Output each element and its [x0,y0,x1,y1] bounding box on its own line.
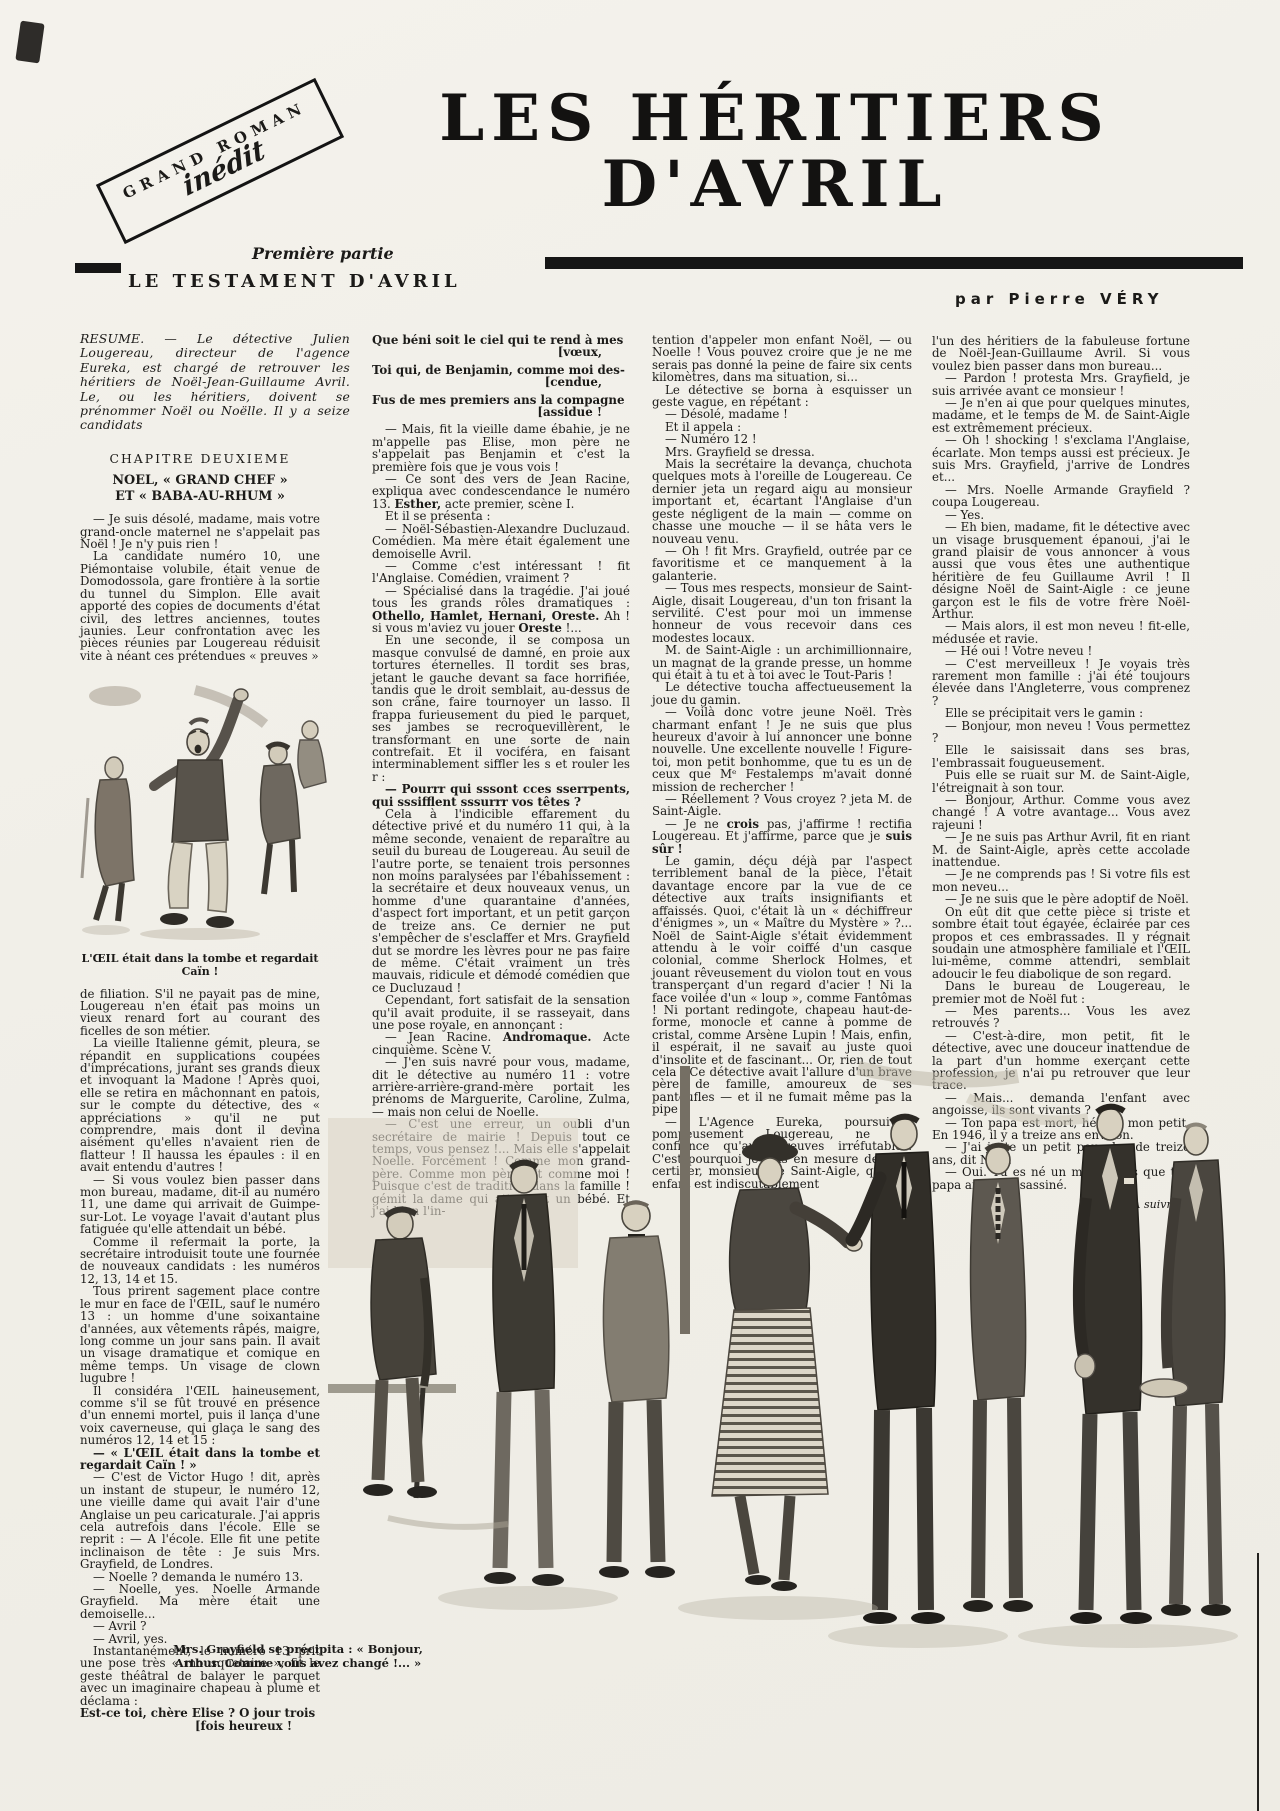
verse-line: Est-ce toi, chère Elise ? O jour trois [80,1707,320,1719]
chapter-subtitle-1: NOEL, « GRAND CHEF » [80,473,320,489]
paragraph: l'un des héritiers de la fabuleuse fortu… [932,335,1190,372]
paragraph: — Mrs. Noelle Armande Grayfield ? coupa … [932,484,1190,509]
paragraph: Comme il refermait la porte, la secrétai… [80,1236,320,1286]
paragraph: — Réellement ? Vous croyez ? jeta M. de … [652,793,912,818]
paragraph: En une seconde, il se composa un masque … [372,634,630,783]
caption-line: L'ŒIL était dans la tombe et regardait [81,952,318,965]
paragraph: Mais la secrétaire la devança, chuchota … [652,458,912,545]
paragraph: — Tous mes respects, monsieur de Saint-A… [652,582,912,644]
paragraph: — Je suis désolé, madame, mais votre gra… [80,513,320,550]
paragraph: — Oh ! shocking ! s'exclama l'Anglaise, … [932,434,1190,484]
page-title: LES HÉRITIERS D'AVRIL [420,86,1130,218]
paragraph: tention d'appeler mon enfant Noël, — ou … [652,334,912,384]
paragraph: La vieille Italienne gémit, pleura, se r… [80,1037,320,1173]
verse-line: [cendue, [372,376,630,388]
illustration-crowd-caption: Mrs. Grayfield se précipita : « Bonjour,… [152,1642,444,1670]
paragraph: de filiation. S'il ne payait pas de mine… [80,988,320,1038]
caption-line: Arthur. Comme vous avez changé !... » [175,1656,421,1670]
paragraph: — Spécialisé dans la tragédie. J'ai joué… [372,585,630,635]
illustration-crowd [328,1058,1243,1698]
grand-roman-stamp: GRAND ROMAN inédit [96,78,344,244]
paragraph: — Bonjour, mon neveu ! Vous permettez ? [932,720,1190,745]
paragraph: Elle le saisissait dans ses bras, l'embr… [932,744,1190,769]
column-1: RESUME. — Le détective Julien Lougereau,… [80,332,320,1737]
caption-line: Caïn ! [182,965,219,978]
paragraph: — Numéro 12 ! [652,433,912,445]
paragraph: Cependant, fort satisfait de la sensatio… [372,994,630,1031]
paragraph: — Hé oui ! Votre neveu ! [932,645,1190,657]
section-title: LE TESTAMENT D'AVRIL [128,271,461,292]
paragraph: M. de Saint-Aigle : un archimillionnaire… [652,644,912,681]
paragraph: — Avril ? [80,1620,320,1632]
title-line-1: LES HÉRITIERS [420,86,1130,152]
paragraph: — Voilà donc votre jeune Noël. Très char… [652,706,912,793]
paragraph: Le détective se borna à esquisser un ges… [652,384,912,409]
paragraph: Elle se précipitait vers le gamin : [932,707,1190,719]
paragraph: — Je ne suis que le père adoptif de Noël… [932,893,1190,905]
magazine-page: GRAND ROMAN inédit LES HÉRITIERS D'AVRIL… [0,0,1280,1811]
paragraph: — C'est merveilleux ! Je voyais très rar… [932,658,1190,708]
scan-artifact [15,21,44,64]
paragraph: La candidate numéro 10, une Piémontaise … [80,550,320,662]
illustration-crowd-svg [328,1058,1243,1698]
paragraph: Cela à l'indicible effarement du détecti… [372,808,630,994]
chapter-number: CHAPITRE DEUXIEME [80,453,320,465]
verse-line: [vœux, [372,346,630,358]
paragraph: — Je ne suis pas Arthur Avril, fit en ri… [932,831,1190,868]
rule-bar-right [545,257,1243,269]
paragraph: — Ce sont des vers de Jean Racine, expli… [372,473,630,510]
rule-bar-left [75,263,121,273]
paragraph: — Oh ! fit Mrs. Grayfield, outrée par ce… [652,545,912,582]
resume-block: RESUME. — Le détective Julien Lougereau,… [80,332,350,433]
paragraph: Et il se présenta : [372,510,630,522]
chapter-subtitle-2: ET « BABA-AU-RHUM » [80,489,320,505]
illustration-oeil-svg [70,668,332,946]
verse-line: [assidue ! [372,406,630,418]
text-run: — Spécialisé dans la tragédie. J'ai joué… [372,584,630,610]
author-byline: par Pierre VÉRY [955,290,1163,308]
paragraph: — Bonjour, Arthur. Comme vous avez chang… [932,794,1190,831]
illustration-oeil-caption: L'ŒIL était dans la tombe et regardait C… [80,952,320,978]
paragraph: — C'est de Victor Hugo ! dit, après un i… [80,1471,320,1570]
paragraph: — Comme c'est intéressant ! fit l'Anglai… [372,560,630,585]
verse-line: [fois heureux ! [80,1720,320,1732]
paragraph: — Je ne comprends pas ! Si votre fils es… [932,868,1190,893]
paragraph: Puis elle se ruait sur M. de Saint-Aigle… [932,769,1190,794]
paragraph: — Pardon ! protesta Mrs. Grayfield, je s… [932,372,1190,397]
paragraph: Tous prirent sagement place contre le mu… [80,1285,320,1384]
paragraph-quote: — Pourrr qui sssont cces sserrpents, qui… [372,783,630,808]
caption-line: Mrs. Grayfield se précipita : « Bonjour, [173,1642,423,1656]
paragraph: — Mes parents... Vous les avez retrouvés… [932,1005,1190,1030]
paragraph: — Désolé, madame ! [652,408,912,420]
paragraph: — Je n'en ai que pour quelques minutes, … [932,397,1190,434]
paragraph: On eût dit que cette pièce si triste et … [932,906,1190,980]
paragraph: Il considéra l'ŒIL haineusement, comme s… [80,1385,320,1447]
paragraph: Le détective toucha affectueusement la j… [652,681,912,706]
text-run-bold: Andromaque. [503,1030,592,1044]
page-edge-line [1257,1553,1259,1811]
paragraph: Dans le bureau de Lougereau, le premier … [932,980,1190,1005]
paragraph: — Mais alors, il est mon neveu ! fit-ell… [932,620,1190,645]
illustration-oeil [70,668,320,948]
paragraph: — Eh bien, madame, fit le détective avec… [932,521,1190,620]
paragraph: — Mais, fit la vieille dame ébahie, je n… [372,423,630,473]
paragraph-quote: — « L'ŒIL était dans la tombe et regarda… [80,1447,320,1472]
paragraph: — Je ne crois pas, j'affirme ! rectifia … [652,818,912,855]
chapter-heading: CHAPITRE DEUXIEME NOEL, « GRAND CHEF » E… [80,453,320,505]
title-line-2: D'AVRIL [420,152,1130,218]
paragraph: — Jean Racine. Andromaque. Acte cinquièm… [372,1031,630,1056]
paragraph: — Si vous voulez bien passer dans mon bu… [80,1174,320,1236]
paragraph: — Noelle, yes. Noelle Armande Grayfield.… [80,1583,320,1620]
paragraph: — Noël-Sébastien-Alexandre Ducluzaud. Co… [372,523,630,560]
part-label: Première partie [252,244,394,263]
